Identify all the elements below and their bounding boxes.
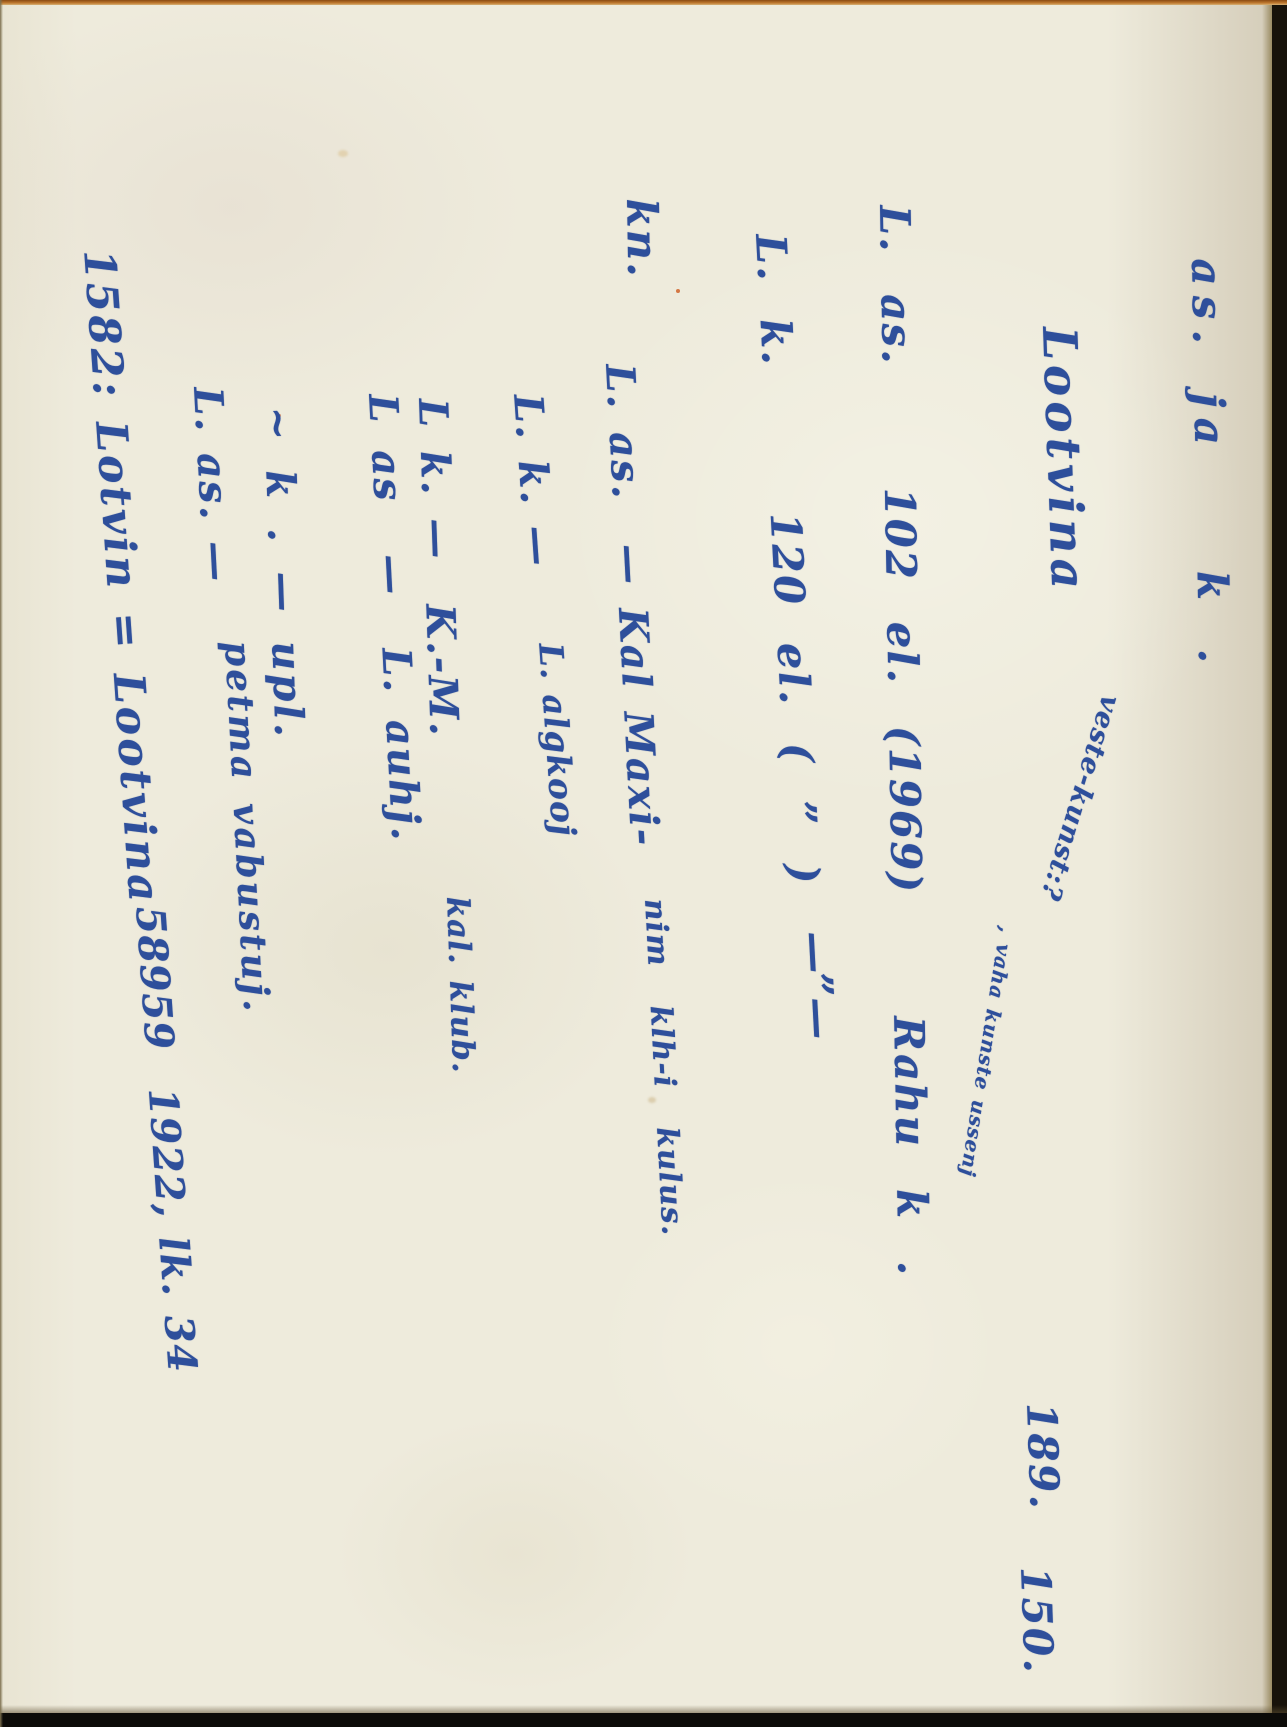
handwritten-line: ~ k . — upl.	[257, 406, 309, 740]
handwritten-line: 1582: Lotvin = Lootvina	[76, 248, 165, 906]
handwritten-line: L. as. —	[187, 386, 237, 584]
handwritten-line: veste-kunst:?	[1036, 692, 1124, 904]
handwritten-line: L. k. 120 el. ( ” )	[749, 233, 825, 887]
handwritten-line: L. as. 102 el. (1969) Rahu k .	[873, 205, 934, 1278]
handwritten-line: 189.	[1020, 1402, 1065, 1511]
scan-edge-left	[0, 0, 3, 1727]
handwritten-line: L. algkooj	[534, 642, 580, 838]
handwritten-line: as. ja k .	[1185, 258, 1234, 673]
scan-edge-right	[1272, 0, 1287, 1727]
handwritten-line: nim klh-i kulus.	[639, 898, 687, 1237]
scan-edge-right-fade	[1262, 0, 1272, 1727]
handwritten-line: L. k. —	[507, 393, 559, 569]
handwritten-line: L. as. — Kal Maxi-	[599, 363, 664, 848]
scan-edge-bottom	[0, 1713, 1287, 1727]
scan-edge-bottom-fade	[0, 1705, 1287, 1713]
handwritten-line: kn.	[620, 198, 663, 279]
handwritten-line: Lootvina	[1035, 326, 1091, 595]
handwriting-layer: as. ja k .Lootvinaveste-kunst:?, vaha ku…	[0, 0, 1287, 1727]
handwritten-line: 150.	[1014, 1566, 1059, 1675]
handwritten-line: 58959 1922, lk. 34	[129, 905, 202, 1374]
scan-edge-top	[0, 0, 1287, 5]
handwritten-line: kal. klub.	[441, 896, 478, 1074]
handwritten-line: —”—	[793, 930, 841, 1040]
handwritten-line: , vaha kunste ussenj	[958, 925, 1017, 1179]
card-scan: as. ja k .Lootvinaveste-kunst:?, vaha ku…	[0, 0, 1287, 1727]
